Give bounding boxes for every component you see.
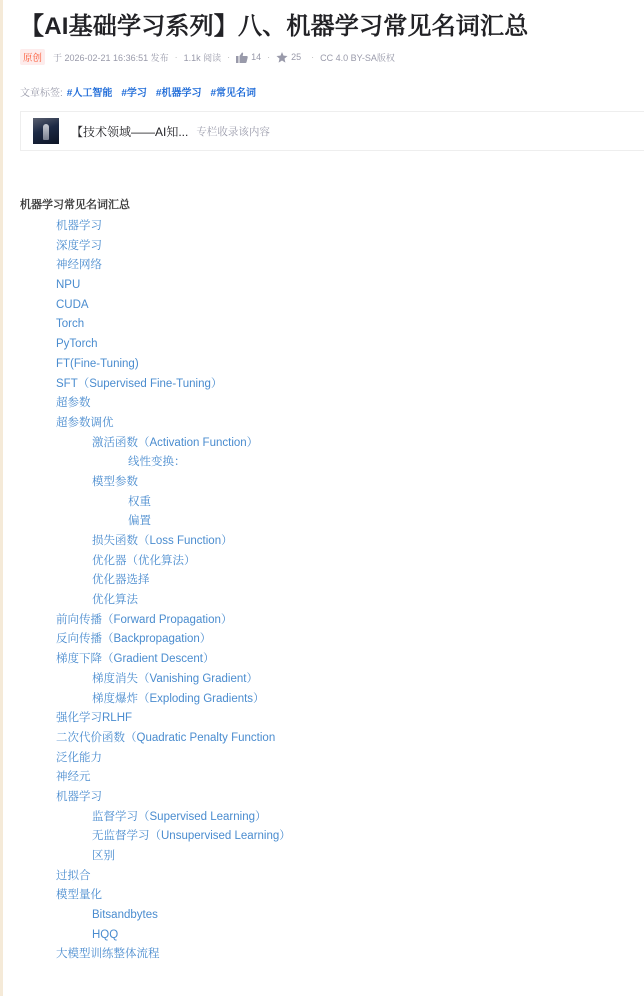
original-badge: 原创	[20, 49, 45, 65]
publish-time: 于 2026-02-21 16:36:51 发布	[53, 51, 169, 64]
toc-link[interactable]: 超参数	[20, 394, 291, 414]
toc-link[interactable]: 优化器选择	[20, 571, 291, 591]
toc-link[interactable]: 线性变换：	[20, 453, 291, 473]
column-name[interactable]: 【技术领域——AI知...	[71, 123, 188, 140]
toc-link[interactable]: 区别	[20, 847, 291, 867]
toc-link[interactable]: PyTorch	[20, 335, 291, 355]
like-count: 14	[251, 52, 261, 62]
toc-link[interactable]: 大模型训练整体流程	[20, 945, 291, 965]
toc-link[interactable]: 反向传播（Backpropagation）	[20, 630, 291, 650]
toc-link[interactable]: 前向传播（Forward Propagation）	[20, 611, 291, 631]
toc-link[interactable]: 优化算法	[20, 591, 291, 611]
separator: ·	[175, 52, 178, 62]
separator: ·	[267, 52, 270, 62]
toc-link[interactable]: 模型参数	[20, 473, 291, 493]
tag-ai[interactable]: #人工智能	[67, 84, 113, 99]
thumbs-up-icon	[236, 52, 248, 63]
separator: ·	[311, 52, 314, 62]
toc-link[interactable]: SFT（Supervised Fine-Tuning）	[20, 375, 291, 395]
toc-link[interactable]: 监督学习（Supervised Learning）	[20, 808, 291, 828]
license-link[interactable]: CC 4.0 BY-SA版权	[320, 51, 395, 64]
left-page-edge	[0, 0, 3, 996]
toc-link[interactable]: 神经网络	[20, 256, 291, 276]
article-tags: 文章标签: #人工智能 #学习 #机器学习 #常见名词	[20, 84, 265, 99]
toc-link[interactable]: 过拟合	[20, 867, 291, 887]
toc-link[interactable]: 梯度消失（Vanishing Gradient）	[20, 670, 291, 690]
separator: ·	[227, 52, 230, 62]
column-card[interactable]: 【技术领域——AI知... 专栏收录该内容	[20, 111, 644, 151]
toc-list: 机器学习深度学习神经网络NPUCUDATorchPyTorchFT(Fine-T…	[20, 217, 291, 965]
tag-machine-learning[interactable]: #机器学习	[156, 84, 202, 99]
toc-link[interactable]: 梯度下降（Gradient Descent）	[20, 650, 291, 670]
toc-link[interactable]: Torch	[20, 315, 291, 335]
tags-label: 文章标签:	[20, 84, 63, 99]
toc-link[interactable]: HQQ	[20, 926, 291, 946]
toc-link[interactable]: 梯度爆炸（Exploding Gradients）	[20, 690, 291, 710]
toc-link[interactable]: 模型量化	[20, 886, 291, 906]
toc-link[interactable]: 无监督学习（Unsupervised Learning）	[20, 827, 291, 847]
toc-link[interactable]: 强化学习RLHF	[20, 709, 291, 729]
toc-link[interactable]: 机器学习	[20, 217, 291, 237]
toc-link[interactable]: 机器学习	[20, 788, 291, 808]
toc-link[interactable]: NPU	[20, 276, 291, 296]
column-description: 专栏收录该内容	[196, 124, 270, 139]
star-favorite-icon	[276, 52, 288, 63]
toc-link[interactable]: 深度学习	[20, 237, 291, 257]
tag-common-terms[interactable]: #常见名词	[210, 84, 256, 99]
read-count: 1.1k 阅读	[184, 51, 222, 64]
article-meta: 原创 于 2026-02-21 16:36:51 发布 · 1.1k 阅读 · …	[20, 49, 395, 65]
toc-link[interactable]: 优化器（优化算法）	[20, 552, 291, 572]
toc-link[interactable]: 偏置	[20, 512, 291, 532]
toc-link[interactable]: 损失函数（Loss Function）	[20, 532, 291, 552]
like-button[interactable]: 14	[236, 52, 261, 63]
toc-link[interactable]: CUDA	[20, 296, 291, 316]
column-thumbnail	[33, 118, 59, 144]
toc-link[interactable]: 泛化能力	[20, 749, 291, 769]
toc-link[interactable]: 激活函数（Activation Function）	[20, 434, 291, 454]
toc-link[interactable]: FT(Fine-Tuning)	[20, 355, 291, 375]
favorite-button[interactable]: 25	[276, 52, 301, 63]
tag-learning[interactable]: #学习	[121, 84, 147, 99]
toc-link[interactable]: 超参数调优	[20, 414, 291, 434]
table-of-contents: 机器学习常见名词汇总 机器学习深度学习神经网络NPUCUDATorchPyTor…	[20, 196, 291, 965]
toc-link[interactable]: 权重	[20, 493, 291, 513]
favorite-count: 25	[291, 52, 301, 62]
toc-title: 机器学习常见名词汇总	[20, 196, 291, 210]
toc-link[interactable]: 神经元	[20, 768, 291, 788]
article-title: 【AI基础学习系列】八、机器学习常见名词汇总	[20, 6, 528, 41]
toc-link[interactable]: 二次代价函数（Quadratic Penalty Function	[20, 729, 291, 749]
toc-link[interactable]: Bitsandbytes	[20, 906, 291, 926]
